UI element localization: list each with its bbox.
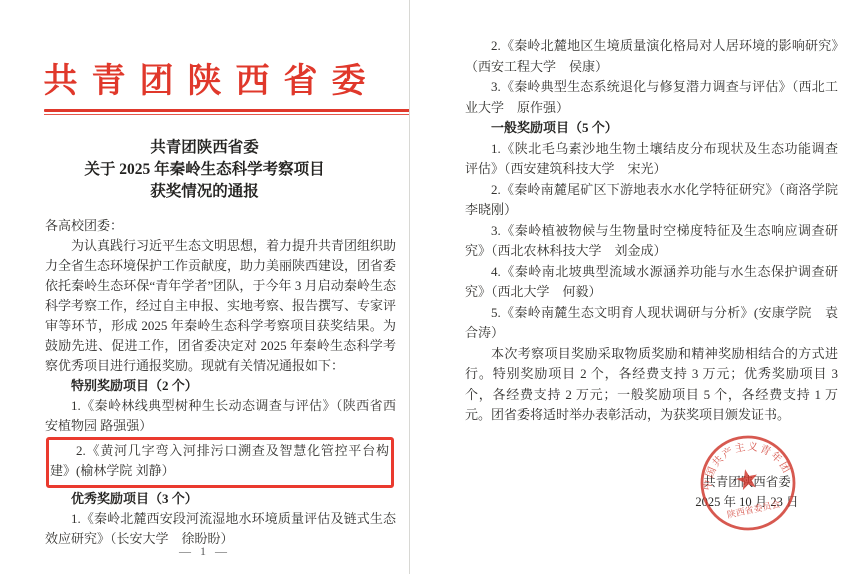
award-item: 3.《秦岭典型生态系统退化与修复潜力调查与评估》（西北工业大学 原作强） [465,77,838,118]
special-award-heading: 特别奖励项目（2 个） [45,376,396,396]
highlight-box: 2.《黄河几字弯入河排污口溯查及智慧化管控平台构建》(榆林学院 刘静） [46,437,394,488]
salutation: 各高校团委： [45,216,396,236]
document-title: 共青团陕西省委 关于 2025 年秦岭生态科学考察项目 获奖情况的通报 [0,137,409,203]
letterhead-rule-thick [44,109,423,112]
document-page-2: 2.《秦岭北麓地区生境质量演化格局对人居环境的影响研究》（西安工程大学 侯康） … [410,0,856,574]
page-number: — 1 — [0,544,409,559]
page-1-body: 各高校团委： 为认真践行习近平生态文明思想，着力提升共青团组织助力全省生态环境保… [45,216,396,549]
official-seal-icon: 中国共产主义青年团 陕西省委员会 [689,424,808,543]
page-2-body: 2.《秦岭北麓地区生境质量演化格局对人居环境的影响研究》（西安工程大学 侯康） … [465,36,838,426]
award-item-highlighted: 2.《黄河几字弯入河排污口溯查及智慧化管控平台构建》(榆林学院 刘静） [50,441,389,481]
letterhead-rule-thin [44,114,423,115]
seal-bottom-text: 陕西省委员会 [726,498,781,520]
award-item: 2.《秦岭北麓地区生境质量演化格局对人居环境的影响研究》（西安工程大学 侯康） [465,36,838,77]
general-award-heading: 一般奖励项目（5 个） [465,118,838,139]
award-item: 4.《秦岭南北坡典型流域水源涵养功能与水生态保护调查研究》（西北大学 何毅） [465,262,838,303]
award-item: 5.《秦岭南麓生态文明育人现状调研与分析》(安康学院 袁合涛） [465,303,838,344]
closing-paragraph: 本次考察项目奖励采取物质奖励和精神奖励相结合的方式进行。特别奖励项目 2 个，各… [465,344,838,426]
document-title-line-1: 共青团陕西省委 [0,137,409,159]
award-item: 1.《陕北毛乌素沙地生物土壤结皮分布现状及生态功能调查评估》（西安建筑科技大学 … [465,139,838,180]
document-page-1: 共青团陕西省委 共青团陕西省委 关于 2025 年秦岭生态科学考察项目 获奖情况… [0,0,409,574]
seal-star-icon [735,467,760,491]
scanned-official-document: 共青团陕西省委 共青团陕西省委 关于 2025 年秦岭生态科学考察项目 获奖情况… [0,0,856,574]
award-item: 1.《秦岭北麓西安段河流湿地水环境质量评估及链式生态效应研究》（长安大学 徐盼盼… [45,509,396,549]
document-title-line-2: 关于 2025 年秦岭生态科学考察项目 [0,159,409,181]
letterhead-title: 共青团陕西省委 [0,58,409,106]
partial-page-number: — [638,567,652,574]
letterhead-rule [44,109,423,115]
document-title-line-3: 获奖情况的通报 [0,181,409,203]
intro-paragraph: 为认真践行习近平生态文明思想，着力提升共青团组织助力全省生态环境保护工作贡献度，… [45,236,396,376]
award-item: 3.《秦岭植被物候与生物量时空梯度特征及生态响应调查研究》（西北农林科技大学 刘… [465,221,838,262]
award-item: 1.《秦岭林线典型树种生长动态调查与评估》（陕西省西安植物园 路强强） [45,396,396,436]
excellent-award-heading: 优秀奖励项目（3 个） [45,489,396,509]
award-item: 2.《秦岭南麓尾矿区下游地表水水化学特征研究》（商洛学院 李晓刚） [465,180,838,221]
